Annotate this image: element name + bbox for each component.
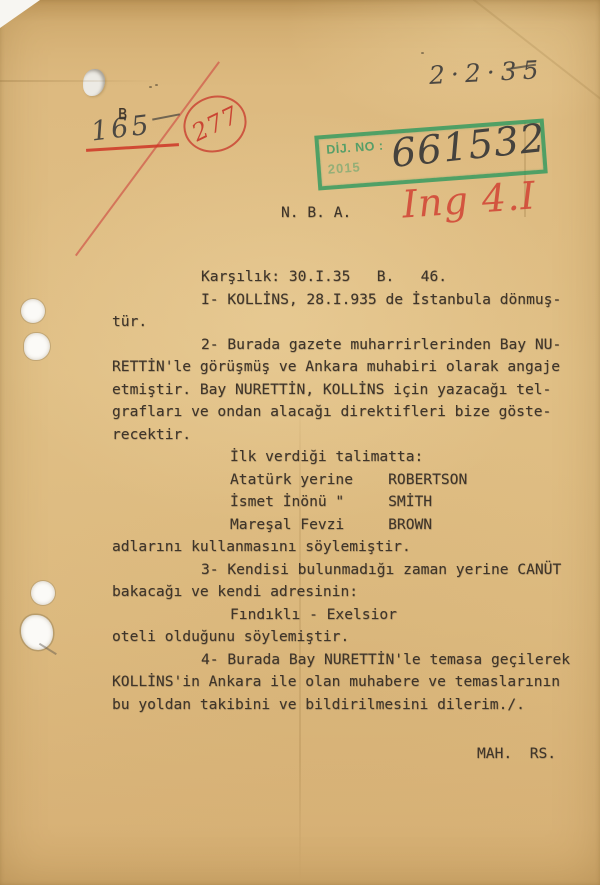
typed-line: etmiştir. Bay NURETTİN, KOLLİNS için yaz…: [112, 379, 582, 402]
typed-line: İlk verdiği talimatta:: [112, 446, 582, 469]
torn-corner: [0, 0, 40, 28]
typed-line: İsmet İnönü " SMİTH: [112, 491, 582, 514]
punch-hole: [31, 581, 55, 605]
typed-line: KOLLİNS'in Ankara ile olan muhabere ve t…: [112, 671, 582, 694]
typed-line: grafları ve ondan alacağı direktifleri b…: [112, 401, 582, 424]
typed-line: Fındıklı - Exelsior: [112, 604, 582, 627]
typed-series-letter: B: [118, 105, 128, 123]
typed-line: adlarını kullanmasını söylemiştir.: [112, 536, 582, 559]
aged-paper-background: 277 Ing 4.I 2·2·35 165 DİJ. NO : 2015 66…: [0, 0, 600, 885]
ink-speck: [421, 52, 424, 54]
stamp-label: DİJ. NO :: [326, 139, 384, 157]
typed-line: bakacağı ve kendi adresinin:: [112, 581, 582, 604]
typed-line: Mareşal Fevzi BROWN: [112, 514, 582, 537]
left-crease: [0, 80, 160, 82]
punch-hole: [24, 333, 50, 360]
signature-initials: MAH. RS.: [477, 745, 556, 762]
scanned-document-page: 277 Ing 4.I 2·2·35 165 DİJ. NO : 2015 66…: [0, 0, 600, 885]
typed-line: Atatürk yerine ROBERTSON: [112, 469, 582, 492]
typed-line: 2- Burada gazete muharrirlerinden Bay NU…: [112, 334, 582, 357]
handwritten-date: 2·2·35: [428, 55, 545, 90]
typed-line: bu yoldan takibini ve bildirilmesini dil…: [112, 694, 582, 717]
circled-number-text: 277: [187, 101, 243, 148]
ink-speck: [155, 84, 158, 86]
typed-body: Karşılık: 30.I.35 B. 46.I- KOLLİNS, 28.I…: [112, 266, 582, 716]
document-heading: N. B. A.: [281, 204, 351, 221]
punch-hole-torn: [21, 615, 53, 650]
paper-damage-spot: [83, 69, 105, 96]
typed-line: 4- Burada Bay NURETTİN'le temasa geçiler…: [112, 649, 582, 672]
punch-hole: [21, 299, 45, 323]
red-circled-number: 277: [175, 87, 254, 162]
typed-line: tür.: [112, 311, 582, 334]
ink-speck: [149, 86, 152, 88]
typed-line: RETTİN'le görüşmüş ve Ankara muhabiri ol…: [112, 356, 582, 379]
typed-line: recektir.: [112, 424, 582, 447]
typed-line: I- KOLLİNS, 28.I.935 de İstanbula dönmuş…: [112, 289, 582, 312]
typed-line: Karşılık: 30.I.35 B. 46.: [112, 266, 582, 289]
typed-line: oteli olduğunu söylemiştir.: [112, 626, 582, 649]
stamp-year: 2015: [327, 159, 361, 176]
typed-line: 3- Kendisi bulunmadığı zaman yerine CANÜ…: [112, 559, 582, 582]
